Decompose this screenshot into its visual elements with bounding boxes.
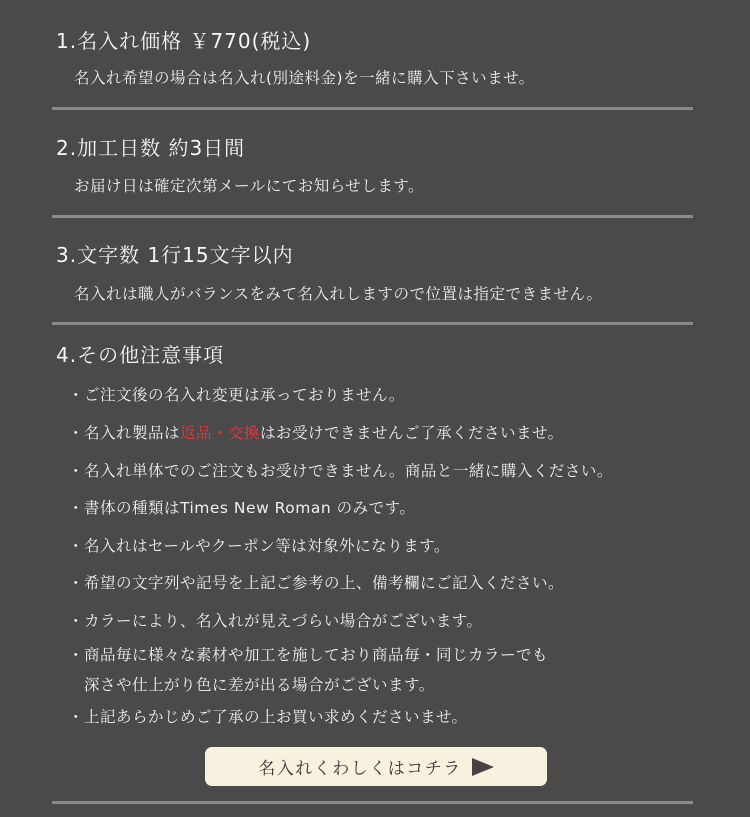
note-item: ・カラーにより、名入れが見えづらい場合がございます。 <box>68 611 482 631</box>
divider <box>52 107 693 110</box>
note-text: 名入れ単体でのご注文もお受けできません。商品と一緒に購入ください。 <box>84 462 613 480</box>
divider <box>52 322 693 325</box>
note-text: はお受けできませんご了承くださいませ。 <box>260 424 564 442</box>
note-text: カラーにより、名入れが見えづらい場合がございます。 <box>84 612 482 630</box>
note-item: ・名入れ単体でのご注文もお受けできません。商品と一緒に購入ください。 <box>68 461 613 481</box>
name-engraving-details-button[interactable]: 名入れくわしくはコチラ <box>205 747 547 786</box>
note-text-line-2: 深さや仕上がり色に差が出る場合がございます。 <box>68 675 548 695</box>
bullet-glyph: ・ <box>68 645 84 665</box>
note-text: 書体の種類はTimes New Roman のみです。 <box>84 499 415 517</box>
note-text-line-1: 商品毎に様々な素材や加工を施しており商品毎・同じカラーでも <box>84 646 548 664</box>
bullet-glyph: ・ <box>68 536 84 556</box>
note-item: ・書体の種類はTimes New Roman のみです。 <box>68 498 415 518</box>
note-text: ご注文後の名入れ変更は承っておりません。 <box>84 386 405 404</box>
note-text: 希望の文字列や記号を上記ご参考の上、備考欄にご記入ください。 <box>84 574 564 592</box>
note-text: 名入れはセールやクーポン等は対象外になります。 <box>84 537 450 555</box>
return-exchange-highlight: 返品・交換 <box>180 424 260 442</box>
note-text: 上記あらかじめご了承の上お買い求めくださいませ。 <box>84 708 468 726</box>
section-3-heading: 3.文字数 1行15文字以内 <box>56 243 294 267</box>
section-1-body: 名入れ希望の場合は名入れ(別途料金)を一緒に購入下さいませ。 <box>74 68 535 88</box>
bullet-glyph: ・ <box>68 385 84 405</box>
play-arrow-icon <box>472 758 494 776</box>
bullet-glyph: ・ <box>68 461 84 481</box>
note-item: ・上記あらかじめご了承の上お買い求めくださいませ。 <box>68 707 468 727</box>
bullet-glyph: ・ <box>68 573 84 593</box>
note-item: ・希望の文字列や記号を上記ご参考の上、備考欄にご記入ください。 <box>68 573 564 593</box>
note-text: 名入れ製品は <box>84 424 180 442</box>
divider <box>52 215 693 218</box>
note-item: ・名入れはセールやクーポン等は対象外になります。 <box>68 536 450 556</box>
section-3-body: 名入れは職人がバランスをみて名入れしますので位置は指定できません。 <box>74 284 602 304</box>
bullet-glyph: ・ <box>68 611 84 631</box>
bullet-glyph: ・ <box>68 498 84 518</box>
section-4-heading: 4.その他注意事項 <box>56 343 224 367</box>
bullet-glyph: ・ <box>68 423 84 443</box>
section-2-heading: 2.加工日数 約3日間 <box>56 136 245 160</box>
section-2-body: お届け日は確定次第メールにてお知らせします。 <box>74 176 424 196</box>
note-item: ・ご注文後の名入れ変更は承っておりません。 <box>68 385 405 405</box>
divider <box>52 801 693 804</box>
section-1-heading: 1.名入れ価格 ￥770(税込) <box>56 29 311 53</box>
note-item: ・商品毎に様々な素材や加工を施しており商品毎・同じカラーでも 深さや仕上がり色に… <box>68 645 548 695</box>
note-item: ・名入れ製品は返品・交換はお受けできませんご了承くださいませ。 <box>68 423 564 443</box>
bullet-glyph: ・ <box>68 707 84 727</box>
cta-label: 名入れくわしくはコチラ <box>258 754 462 779</box>
